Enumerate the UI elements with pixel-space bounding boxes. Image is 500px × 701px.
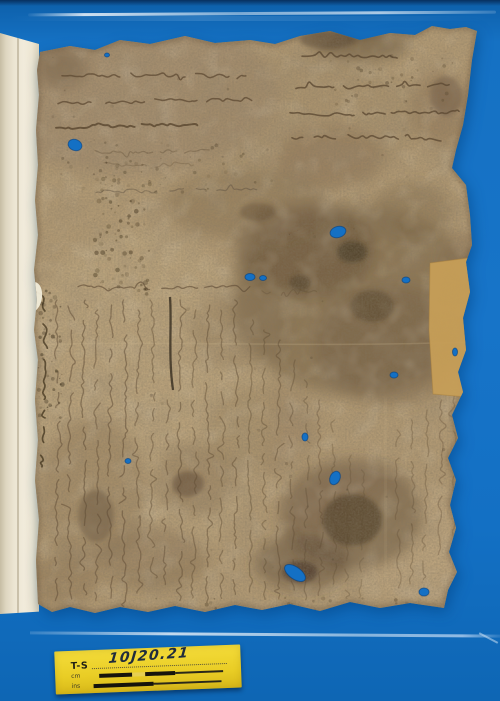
grain-texture — [25, 15, 485, 625]
crease-vertical — [385, 398, 386, 582]
paper-fiber-small — [23, 305, 35, 319]
ins-unit-label: ins — [71, 683, 85, 690]
cm-unit-label: cm — [71, 673, 85, 680]
collection-prefix: T-S — [71, 661, 89, 671]
ins-scale-bar — [94, 679, 222, 688]
shelfmark-label: T-S 10J20.21 cm ins — [54, 644, 242, 694]
photograph: T-S 10J20.21 cm ins — [0, 0, 500, 701]
manuscript-fragment — [0, 0, 500, 701]
cm-scale-bar — [99, 669, 223, 677]
